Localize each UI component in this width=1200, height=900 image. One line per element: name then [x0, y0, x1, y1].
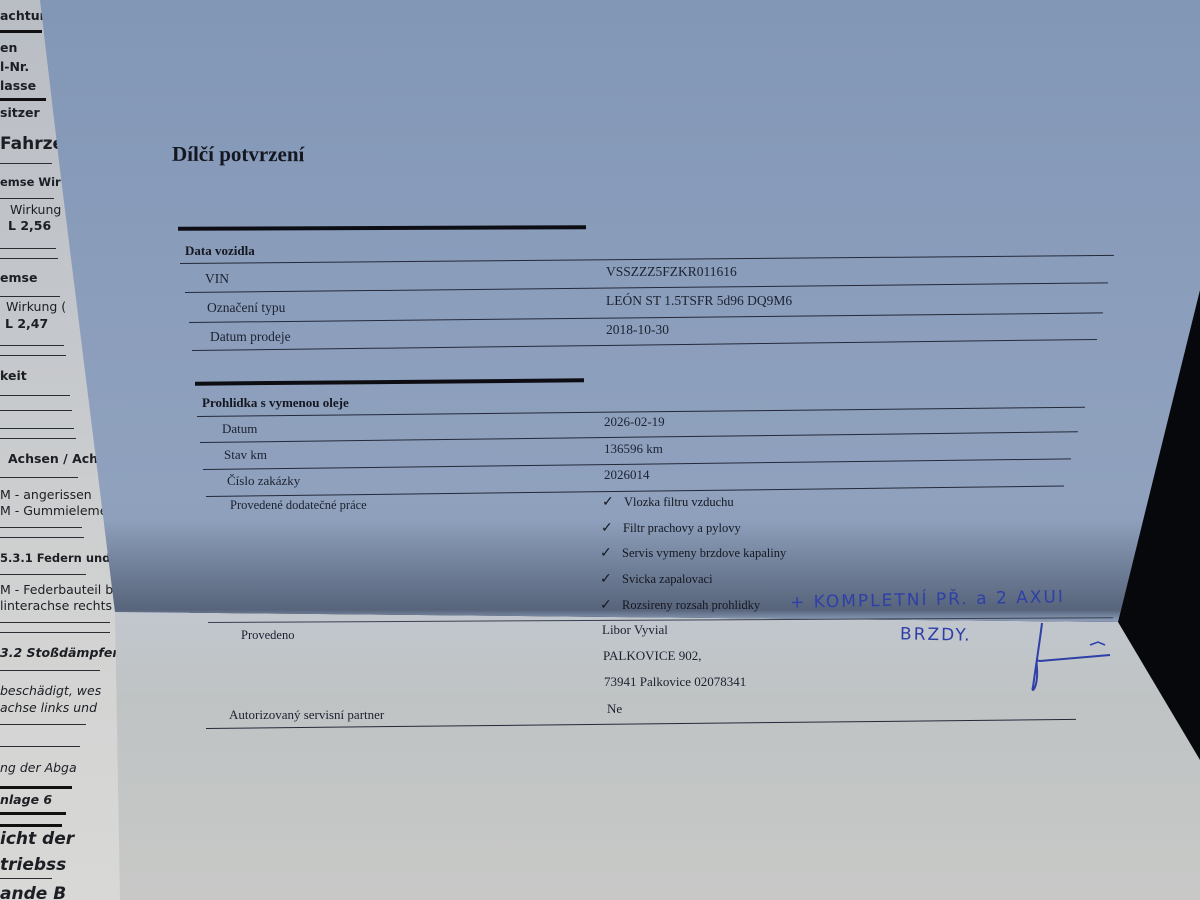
back-doc-text: 3.2 Stoßdämpfer: [0, 645, 119, 660]
authorized-partner-value: Ne: [607, 701, 622, 717]
additional-work-item: ✓Rozsireny rozsah prohlidky: [600, 596, 760, 614]
back-doc-text: beschädigt, wes: [0, 683, 101, 698]
vin-value: VSSZZZ5FZKR011616: [606, 264, 737, 280]
back-doc-text: nlage 6: [0, 792, 52, 807]
divider: [0, 98, 46, 101]
odometer-label: Stav km: [224, 447, 267, 463]
document-title: Dílčí potvrzení: [172, 142, 304, 167]
back-doc-text: keit: [0, 368, 27, 383]
performed-by-label: Provedeno: [241, 628, 294, 643]
divider: [0, 258, 58, 259]
divider: [0, 198, 54, 199]
type-value: LEÓN ST 1.5TSFR 5d96 DQ9M6: [606, 293, 792, 309]
vin-label: VIN: [205, 271, 229, 287]
divider: [0, 248, 56, 249]
divider: [0, 632, 110, 633]
section-heading-inspection: Prohlidka s vymenou oleje: [202, 395, 349, 411]
back-doc-text: lasse: [0, 78, 36, 93]
back-doc-text: Achsen / Ach: [8, 451, 98, 466]
back-doc-text: M - angerissen: [0, 487, 92, 502]
check-icon: ✓: [600, 571, 614, 588]
back-doc-text: M - Gummieleme: [0, 503, 107, 518]
divider: [0, 670, 100, 671]
back-doc-text: ande B: [0, 884, 66, 900]
type-label: Označení typu: [207, 300, 285, 316]
performed-by-city: 73941 Palkovice 02078341: [604, 674, 746, 690]
back-doc-text: emse: [0, 270, 37, 285]
authorized-partner-label: Autorizovaný servisní partner: [229, 707, 384, 723]
order-number-label: Číslo zakázky: [227, 473, 300, 489]
sale-date-value: 2018-10-30: [606, 322, 669, 338]
back-doc-text: l-Nr.: [0, 59, 29, 74]
divider: [0, 438, 76, 439]
back-doc-text: emse Wir: [0, 175, 61, 189]
back-doc-text: Wirkung (: [6, 299, 66, 314]
back-doc-text: ng der Abga: [0, 760, 77, 775]
divider: [0, 296, 60, 297]
divider: [0, 527, 82, 528]
back-doc-text: Wirkung: [10, 202, 61, 217]
back-doc-text: M - Federbauteil be: [0, 582, 121, 597]
additional-work-item: ✓Svicka zapalovaci: [600, 570, 713, 588]
back-doc-text: 5.3.1 Federn und: [0, 551, 110, 565]
order-number-value: 2026014: [604, 467, 650, 483]
divider: [0, 410, 72, 411]
sale-date-label: Datum prodeje: [210, 329, 291, 345]
back-doc-text: icht der: [0, 829, 74, 849]
back-doc-text: achse links und: [0, 700, 97, 715]
back-doc-text: L 2,56: [8, 218, 51, 233]
back-doc-text: en: [0, 40, 17, 55]
divider: [0, 428, 74, 429]
check-icon: ✓: [602, 494, 616, 511]
divider: [0, 477, 78, 478]
additional-work-item: ✓Filtr prachovy a pylovy: [601, 519, 741, 537]
odometer-value: 136596 km: [604, 441, 663, 457]
divider: [0, 812, 66, 815]
divider: [0, 786, 72, 789]
divider: [0, 824, 62, 827]
divider: [0, 355, 66, 356]
handwritten-note-line-2: BRZDY.: [900, 624, 972, 645]
divider: [0, 746, 80, 747]
performed-by-address: PALKOVICE 902,: [603, 648, 701, 664]
divider: [0, 622, 110, 623]
performed-by-name: Libor Vyvial: [602, 622, 668, 638]
additional-work-label: Provedené dodatečné práce: [230, 498, 367, 513]
check-icon: ✓: [600, 597, 614, 614]
divider: [0, 345, 64, 346]
back-doc-text: triebss: [0, 855, 66, 875]
back-doc-text: L 2,47: [5, 316, 48, 331]
divider: [0, 574, 86, 575]
back-doc-text: sitzer: [0, 105, 40, 120]
additional-work-item: ✓Servis vymeny brzdove kapaliny: [600, 544, 786, 562]
inspection-date-value: 2026-02-19: [604, 414, 665, 430]
divider: [0, 30, 42, 33]
inspection-date-label: Datum: [222, 421, 257, 437]
check-icon: ✓: [601, 520, 615, 537]
back-doc-text: Fahrze: [0, 134, 64, 154]
divider: [0, 878, 52, 879]
section-heading-vehicle: Data vozidla: [185, 243, 255, 259]
divider: [0, 537, 84, 538]
check-icon: ✓: [600, 545, 614, 562]
back-doc-text: linterachse rechts: [0, 598, 112, 613]
divider: [0, 163, 52, 164]
additional-work-item: ✓Vlozka filtru vzduchu: [602, 493, 734, 511]
divider: [0, 395, 70, 396]
divider: [0, 724, 86, 725]
signature: [1020, 615, 1120, 695]
